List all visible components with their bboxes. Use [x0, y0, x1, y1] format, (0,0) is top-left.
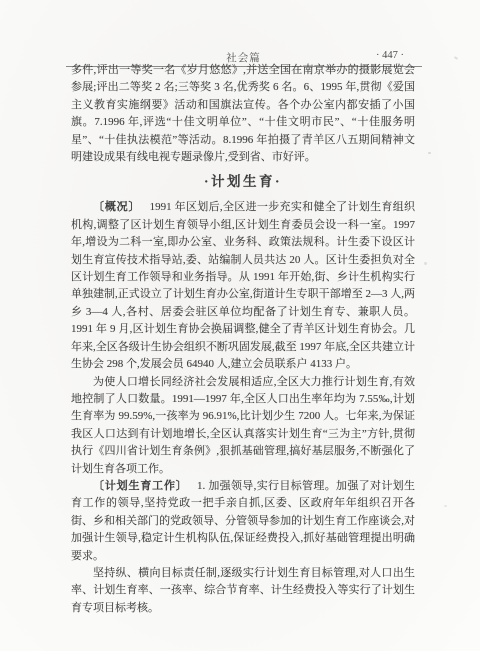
paragraph-targets: 坚持纵、横向目标责任制,逐级实行计划生育目标管理,对人口出生率、计划生育率、一孩…: [71, 565, 415, 617]
paragraph-overview: 〔概况〕1991 年区划后,全区进一步充实和健全了计划生育组织机构,调整了区计划…: [71, 199, 415, 373]
article-title: ·计划生育·: [71, 172, 415, 192]
work-section-label: 〔计划生育工作〕: [93, 480, 188, 492]
overview-text: 1991 年区划后,全区进一步充实和健全了计划生育组织机构,调整了区计划生育领导…: [71, 201, 415, 370]
paragraph-continuation: 多件,评出一等奖一名《岁月悠悠》,并送全国在南京举办的摄影展览会参展;评出二等奖…: [71, 62, 415, 166]
work-text: 1. 加强领导,实行目标管理。加强了对计划生育工作的领导,坚持党政一把手亲自抓,…: [71, 480, 415, 562]
overview-section-label: 〔概况〕: [93, 201, 140, 213]
scan-speck: [444, 505, 447, 507]
header-page-number: · 447 ·: [376, 50, 404, 61]
scan-speck: [424, 262, 427, 265]
paragraph-work: 〔计划生育工作〕1. 加强领导,实行目标管理。加强了对计划生育工作的领导,坚持党…: [71, 478, 415, 565]
paragraph-population: 为使人口增长同经济社会发展相适应,全区大力推行计划生育,有效地控制了人口数量。1…: [71, 374, 415, 478]
scan-speck: [454, 56, 458, 60]
scanned-page: 社会篇 · 447 · 多件,评出一等奖一名《岁月悠悠》,并送全国在南京举办的摄…: [0, 0, 480, 651]
article-body: 多件,评出一等奖一名《岁月悠悠》,并送全国在南京举办的摄影展览会参展;评出二等奖…: [71, 62, 415, 617]
scan-speck: [428, 152, 431, 154]
